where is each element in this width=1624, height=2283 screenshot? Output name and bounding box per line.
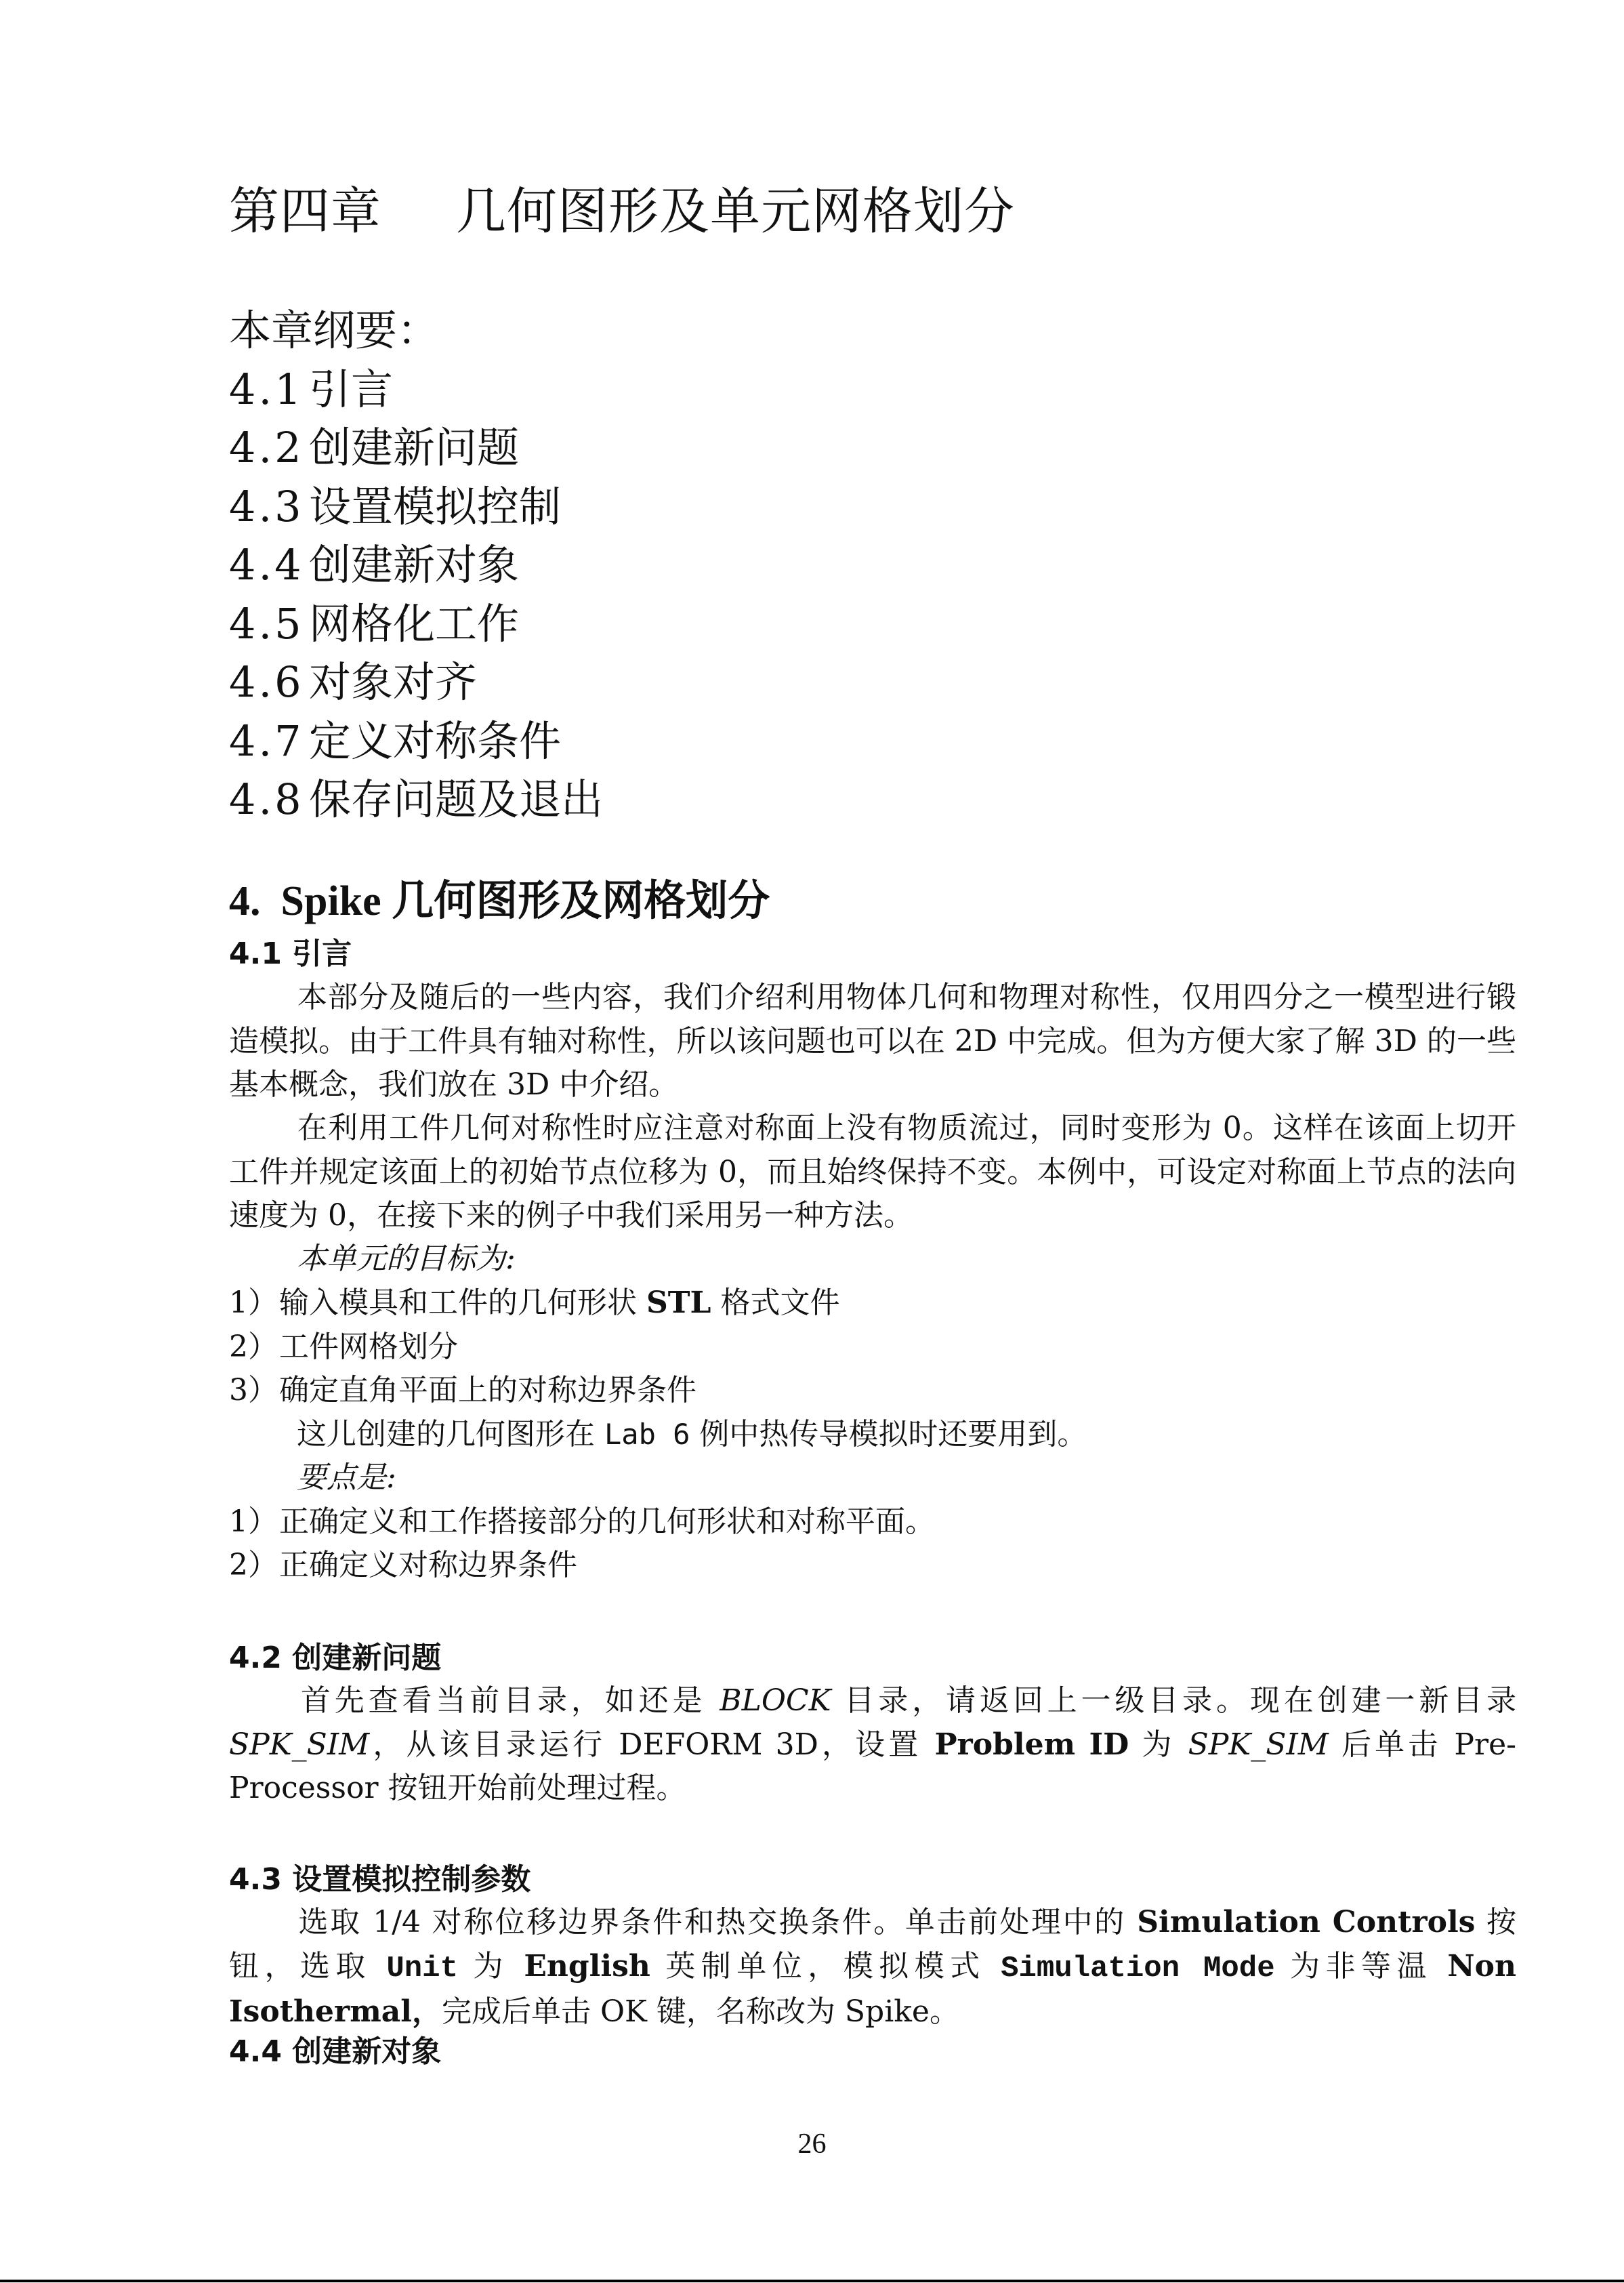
document-page: 第四章几何图形及单元网格划分 本章纲要： 4.1引言 4.2创建新问题 4.3设… [0, 0, 1624, 2283]
lab-note: 这儿创建的几何图形在 Lab 6 例中热传导模拟时还要用到。 [297, 1413, 1087, 1457]
goal-item: 2）工件网格划分 [229, 1325, 458, 1370]
chapter-number: 第四章 [229, 182, 381, 241]
section-4-3-heading: 4.3 设置模拟控制参数 [229, 1859, 530, 1900]
section-4-4-heading: 4.4 创建新对象 [229, 2032, 441, 2072]
page-bottom-rule [0, 2280, 1624, 2282]
section-4-1-paragraph-1: 本部分及随后的一些内容，我们介绍利用物体几何和物理对称性，仅用四分之一模型进行锻… [229, 976, 1516, 1107]
section-4-2-paragraph: 首先查看当前目录，如还是 BLOCK 目录，请返回上一级目录。现在创建一新目录 … [229, 1679, 1516, 1811]
outline-item: 4.4创建新对象 [229, 536, 603, 595]
keypoint-item: 2）正确定义对称边界条件 [229, 1544, 577, 1588]
outline-item: 4.2创建新问题 [229, 419, 603, 478]
keypoints-heading: 要点是: [297, 1456, 396, 1500]
outline-heading: 本章纲要： [229, 302, 603, 361]
section-4-heading: 4.Spike 几何图形及网格划分 [229, 874, 770, 928]
outline-item: 4.8保存问题及退出 [229, 770, 603, 829]
section-4-3-paragraph: 选取 1/4 对称位移边界条件和热交换条件。单击前处理中的 Simulation… [229, 1901, 1516, 2034]
section-4-2-heading: 4.2 创建新问题 [229, 1638, 441, 1679]
goal-item: 3）确定直角平面上的对称边界条件 [229, 1369, 696, 1413]
outline-item: 4.5网格化工作 [229, 595, 603, 654]
goal-item: 1）输入模具和工件的几何形状 STL 格式文件 [229, 1281, 839, 1325]
goals-heading: 本单元的目标为: [297, 1237, 516, 1281]
outline-item: 4.7定义对称条件 [229, 712, 603, 771]
keypoint-item: 1）正确定义和工作搭接部分的几何形状和对称平面。 [229, 1500, 935, 1544]
section-4-1-heading: 4.1 引言 [229, 934, 352, 974]
section-4-1-paragraph-2: 在利用工件几何对称性时应注意对称面上没有物质流过，同时变形为 0。这样在该面上切… [229, 1107, 1516, 1238]
outline-item: 4.1引言 [229, 361, 603, 419]
page-number: 26 [0, 2128, 1624, 2160]
outline-item: 4.6对象对齐 [229, 653, 603, 712]
chapter-title-text: 几何图形及单元网格划分 [456, 182, 1015, 241]
chapter-title: 第四章几何图形及单元网格划分 [229, 178, 1015, 245]
chapter-outline: 本章纲要： 4.1引言 4.2创建新问题 4.3设置模拟控制 4.4创建新对象 … [229, 302, 603, 829]
outline-item: 4.3设置模拟控制 [229, 478, 603, 537]
